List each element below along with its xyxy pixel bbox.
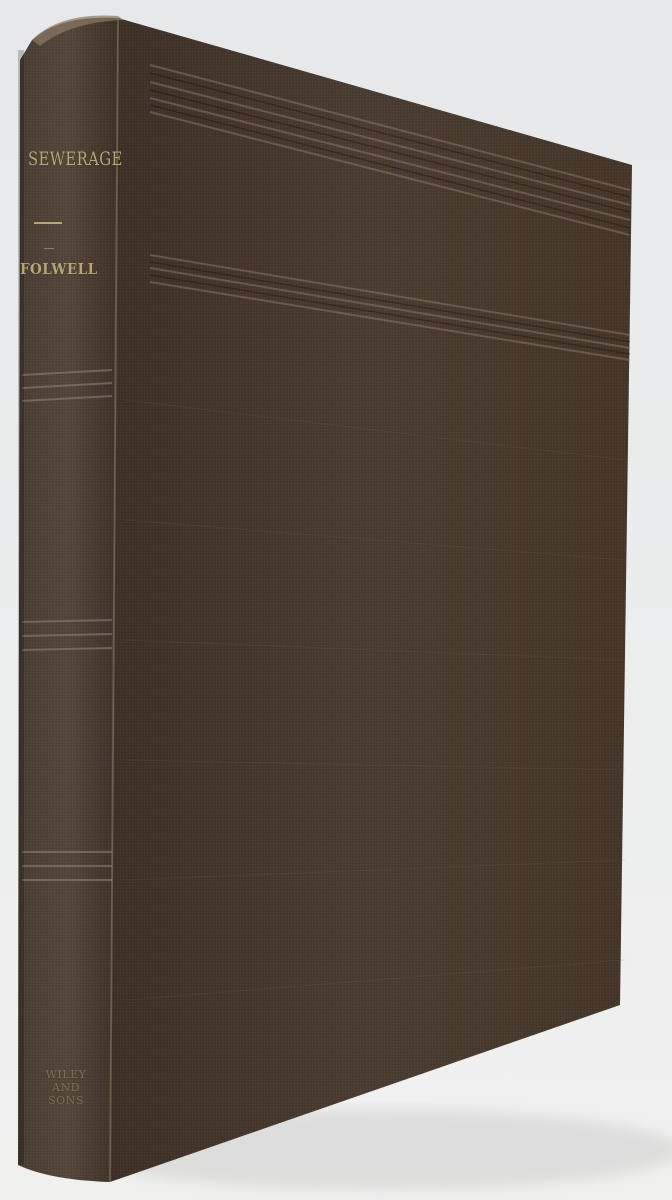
spine-publisher-line: WILEY	[24, 1068, 108, 1081]
spine-title: SEWERAGE	[28, 148, 123, 170]
spine-author: FOLWELL	[20, 260, 98, 278]
spine-publisher-line: AND	[24, 1081, 108, 1094]
book-photo: SEWERAGE FOLWELL WILEY AND SONS	[0, 0, 672, 1200]
spine-publisher: WILEY AND SONS	[24, 1068, 108, 1107]
spine-publisher-line: SONS	[24, 1094, 108, 1107]
spine-ornament-dash	[44, 248, 54, 249]
spine-ornament-rule	[34, 222, 62, 224]
book-illustration	[0, 0, 672, 1200]
